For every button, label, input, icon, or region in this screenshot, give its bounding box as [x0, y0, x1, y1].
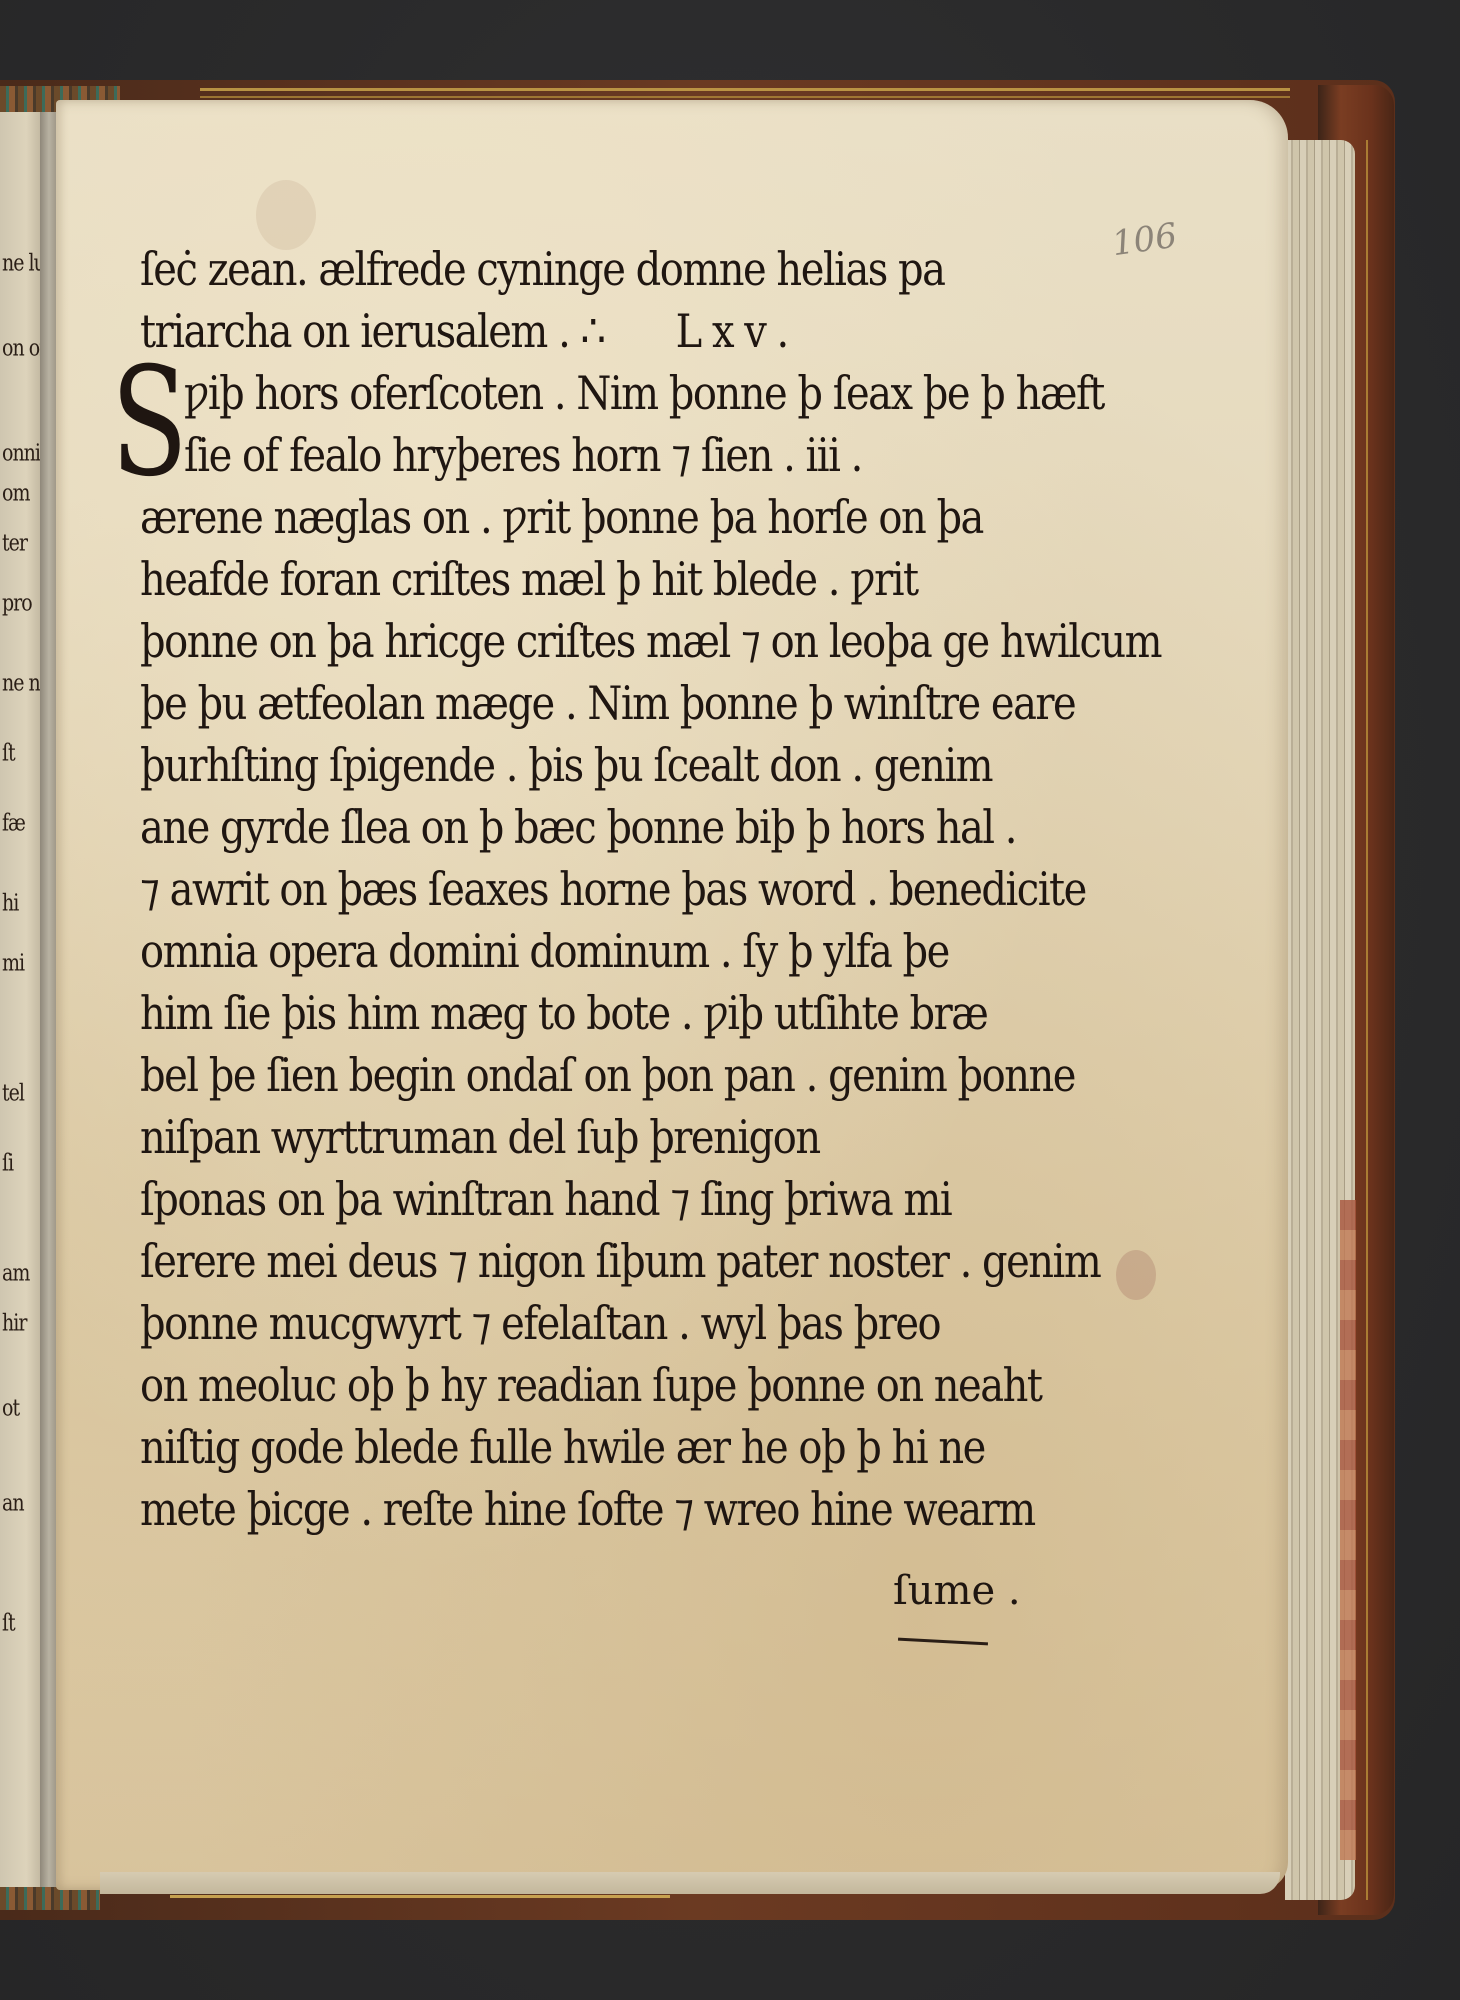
text-line: ærene næglas on . ƿrit þonne þa horſe on…	[140, 495, 983, 541]
facing-text-fragment: tel	[2, 1079, 24, 1107]
chapter-number: L x v .	[676, 306, 788, 359]
page-bottom-edge	[100, 1872, 1280, 1894]
text-line: bel þe ſien begin ondaſ on þon pan . gen…	[140, 1053, 1075, 1099]
facing-text-fragment: hi	[2, 889, 18, 917]
text-line: ƿiþ hors oferſcoten . Nim þonne þ ſeax þ…	[184, 371, 1104, 417]
decorated-initial: S	[111, 348, 188, 498]
text-line: þonne on þa hricge criſtes mæl ⁊ on leoþ…	[140, 619, 1161, 665]
facing-text-fragment: pro	[2, 589, 32, 617]
facing-text-fragment: an	[2, 1489, 24, 1517]
facing-text-fragment: hir	[2, 1309, 26, 1337]
facing-text-fragment: ot	[2, 1394, 19, 1422]
facing-text-fragment: am	[2, 1259, 29, 1287]
facing-text-fragment: fæ	[2, 809, 25, 837]
facing-text-fragment: ſi	[2, 1149, 13, 1177]
parchment-stain	[256, 180, 316, 250]
text-line: triarcha on ierusalem . ∴ L x v .	[140, 309, 788, 355]
text-line: þurhſting ſpigende . þis þu ſcealt don .…	[140, 743, 992, 789]
text-line: ſerere mei deus ⁊ nigon ſiþum pater nost…	[140, 1239, 1100, 1285]
facing-text-fragment: ſt	[2, 1609, 15, 1637]
facing-text-fragment: om	[2, 479, 29, 507]
gilt-line-right	[1366, 140, 1368, 1900]
text-line: ane gyrde ſlea on þ bæc þonne biþ þ hors…	[140, 805, 1016, 851]
text-line: ⁊ awrit on þæs ſeaxes horne þas word . b…	[140, 867, 1086, 913]
gilt-line-top-secondary	[200, 96, 1290, 98]
text-line: ſie of fealo hryþeres horn ⁊ ſien . iii …	[184, 433, 862, 479]
text-line: ſponas on þa winſtran hand ⁊ ſing þriwa …	[140, 1177, 951, 1223]
gilt-line-bottom	[170, 1895, 670, 1898]
closing-word: ſume .	[893, 1568, 1021, 1614]
text-line: þonne mucgwyrt ⁊ efelaſtan . wyl þas þre…	[140, 1301, 940, 1347]
text-line: ſeċ zean. ælfrede cyninge domne helias p…	[140, 247, 945, 293]
facing-page-verso: ne lur on on onnis om ter pro ne ner ſt …	[0, 112, 44, 1887]
text-line: on meoluc oþ þ hy readian ſupe þonne on …	[140, 1363, 1041, 1409]
facing-text-fragment: ter	[2, 529, 27, 557]
parchment-stain	[1116, 1250, 1156, 1300]
text-line-content: triarcha on ierusalem . ∴	[140, 306, 604, 359]
text-line: niſpan wyrttruman del ſuþ þrenigon	[140, 1115, 820, 1161]
text-line: omnia opera domini dominum . ſy þ ylfa þ…	[140, 929, 949, 975]
red-marbled-edge	[1340, 1200, 1356, 1860]
facing-text-fragment: ſt	[2, 739, 15, 767]
text-line: heafde foran criſtes mæl þ hit blede . ƿ…	[140, 557, 918, 603]
facing-text-fragment: mi	[2, 949, 24, 977]
text-line: niſtig gode blede fulle hwile ær he oþ þ…	[140, 1425, 985, 1471]
text-line: mete þicge . reſte hine ſofte ⁊ wreo hin…	[140, 1487, 1035, 1533]
text-line: þe þu ætfeolan mæge . Nim þonne þ winſtr…	[140, 681, 1075, 727]
text-line: him ſie þis him mæg to bote . ƿiþ utſiht…	[140, 991, 987, 1037]
gilt-line-top	[200, 88, 1290, 91]
